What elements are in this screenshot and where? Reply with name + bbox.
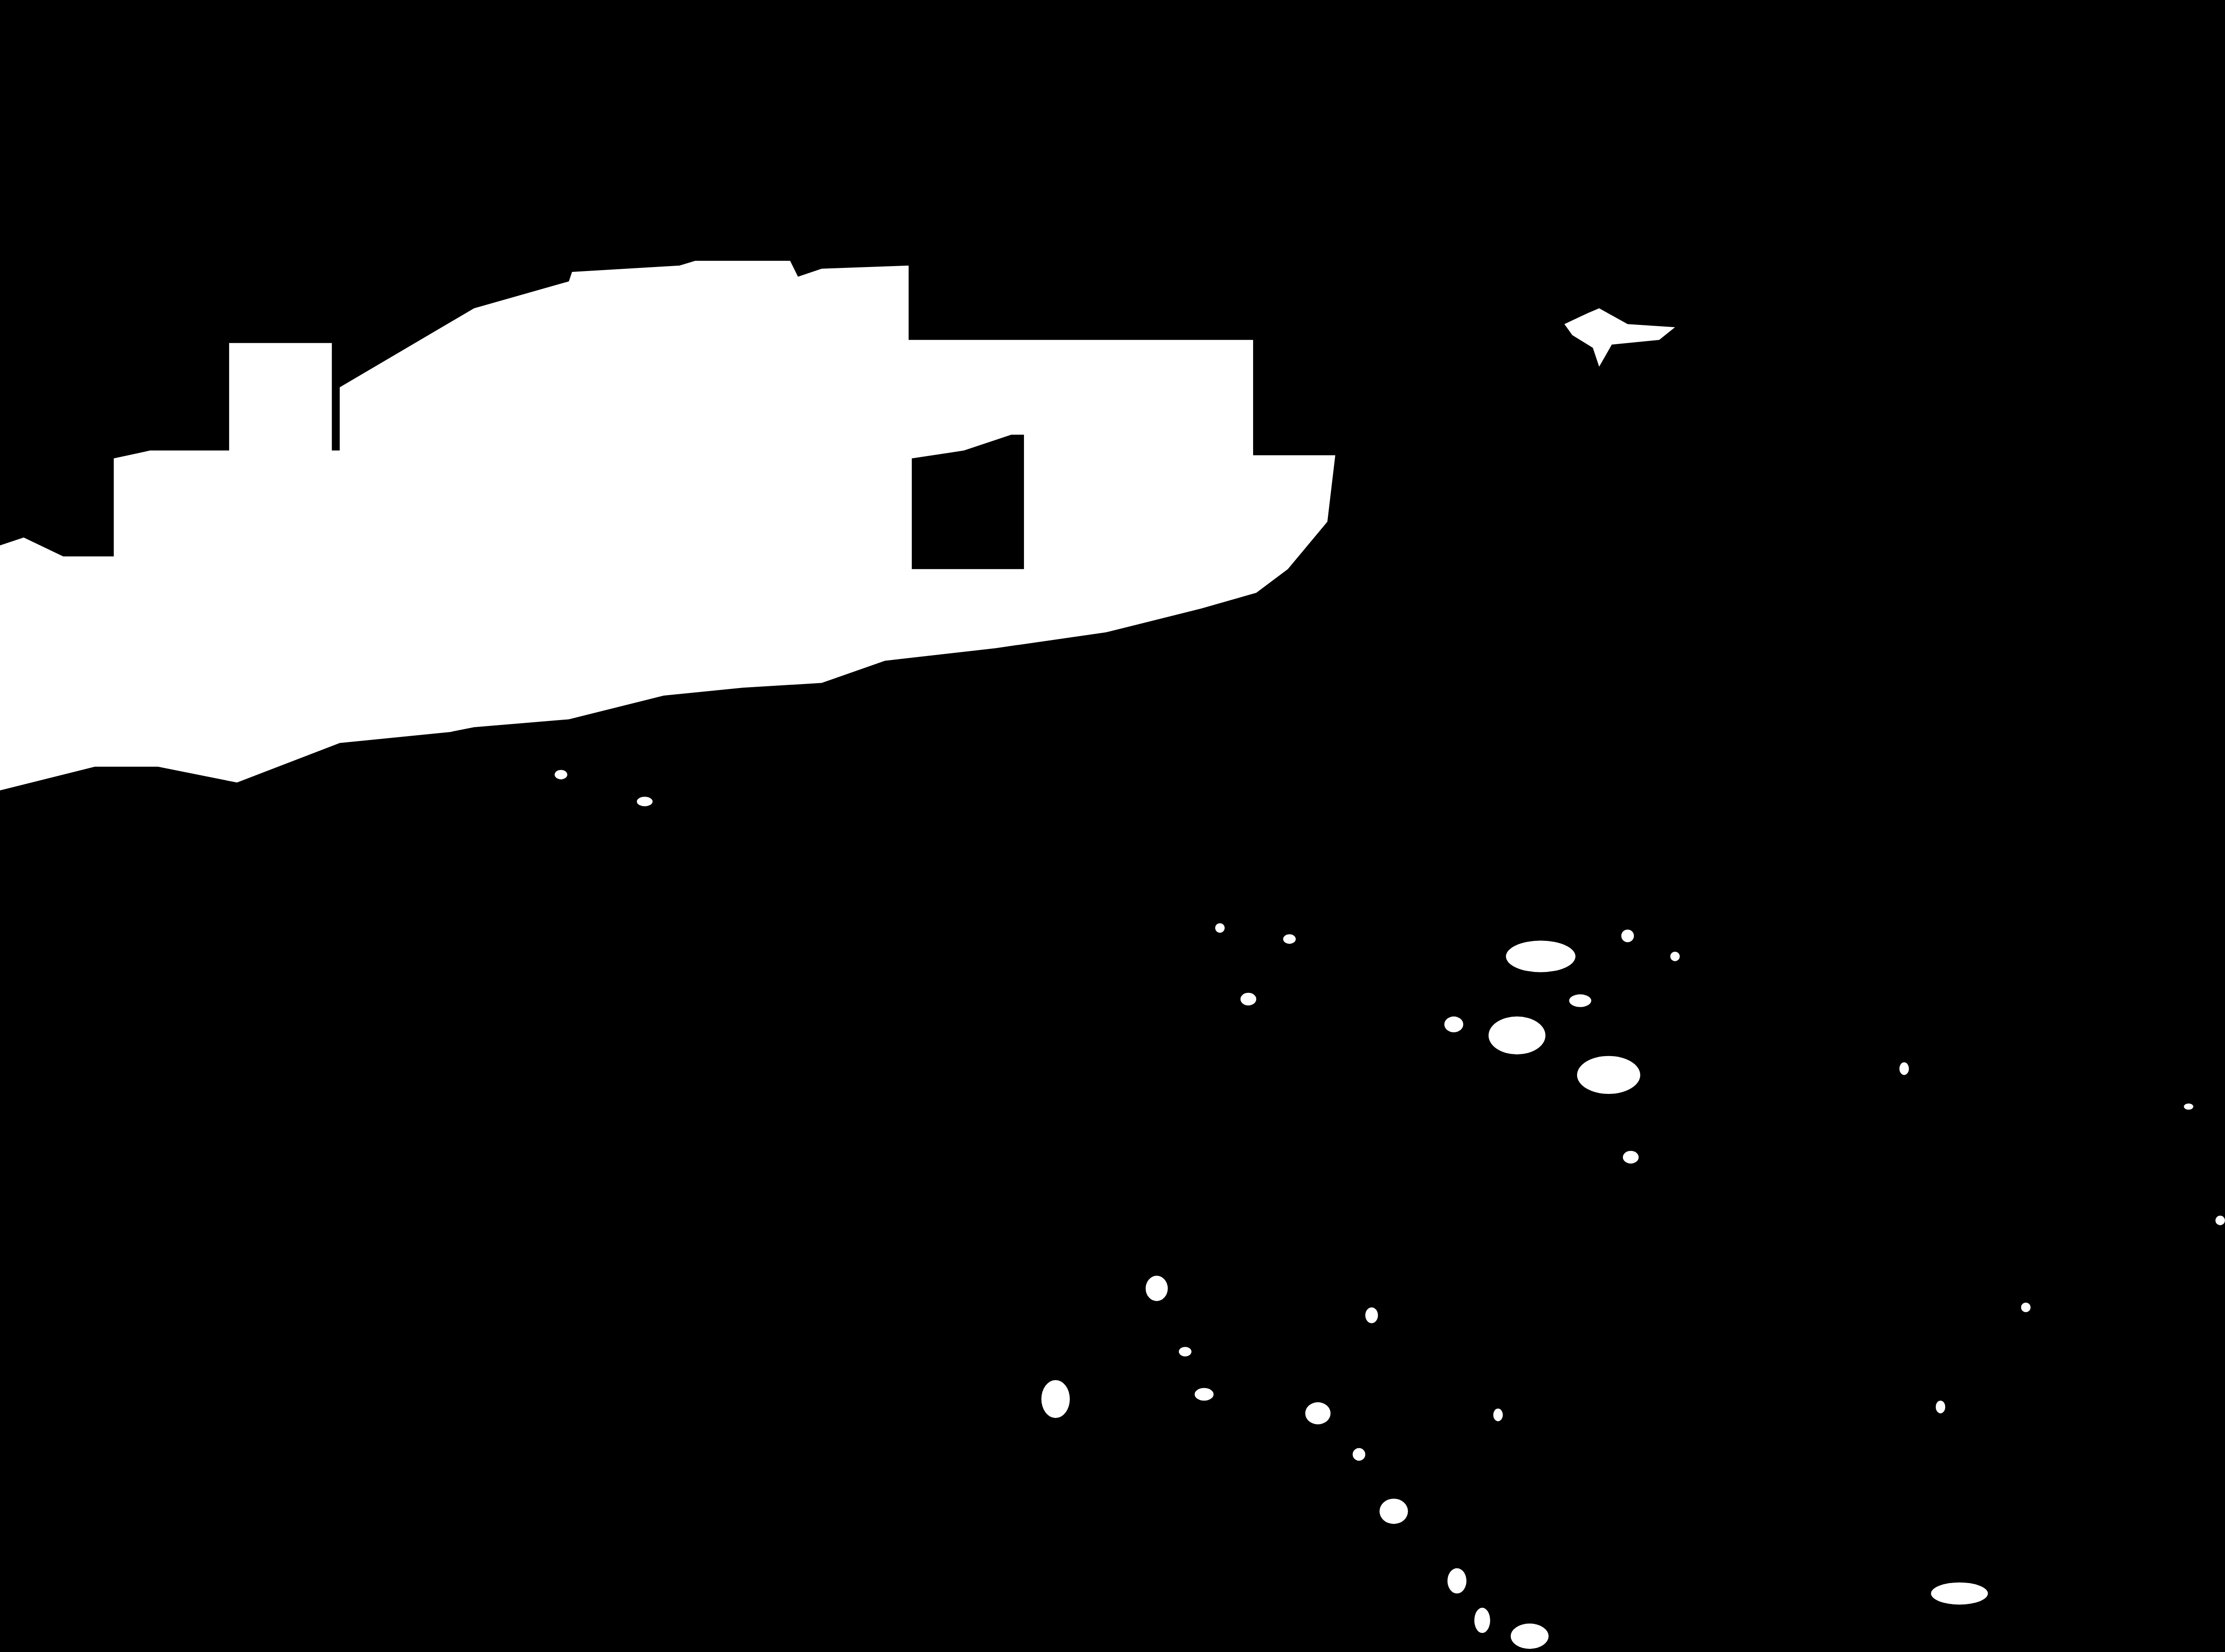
- segmentation-mask: [0, 0, 2225, 1652]
- mask-background: [0, 0, 2225, 1652]
